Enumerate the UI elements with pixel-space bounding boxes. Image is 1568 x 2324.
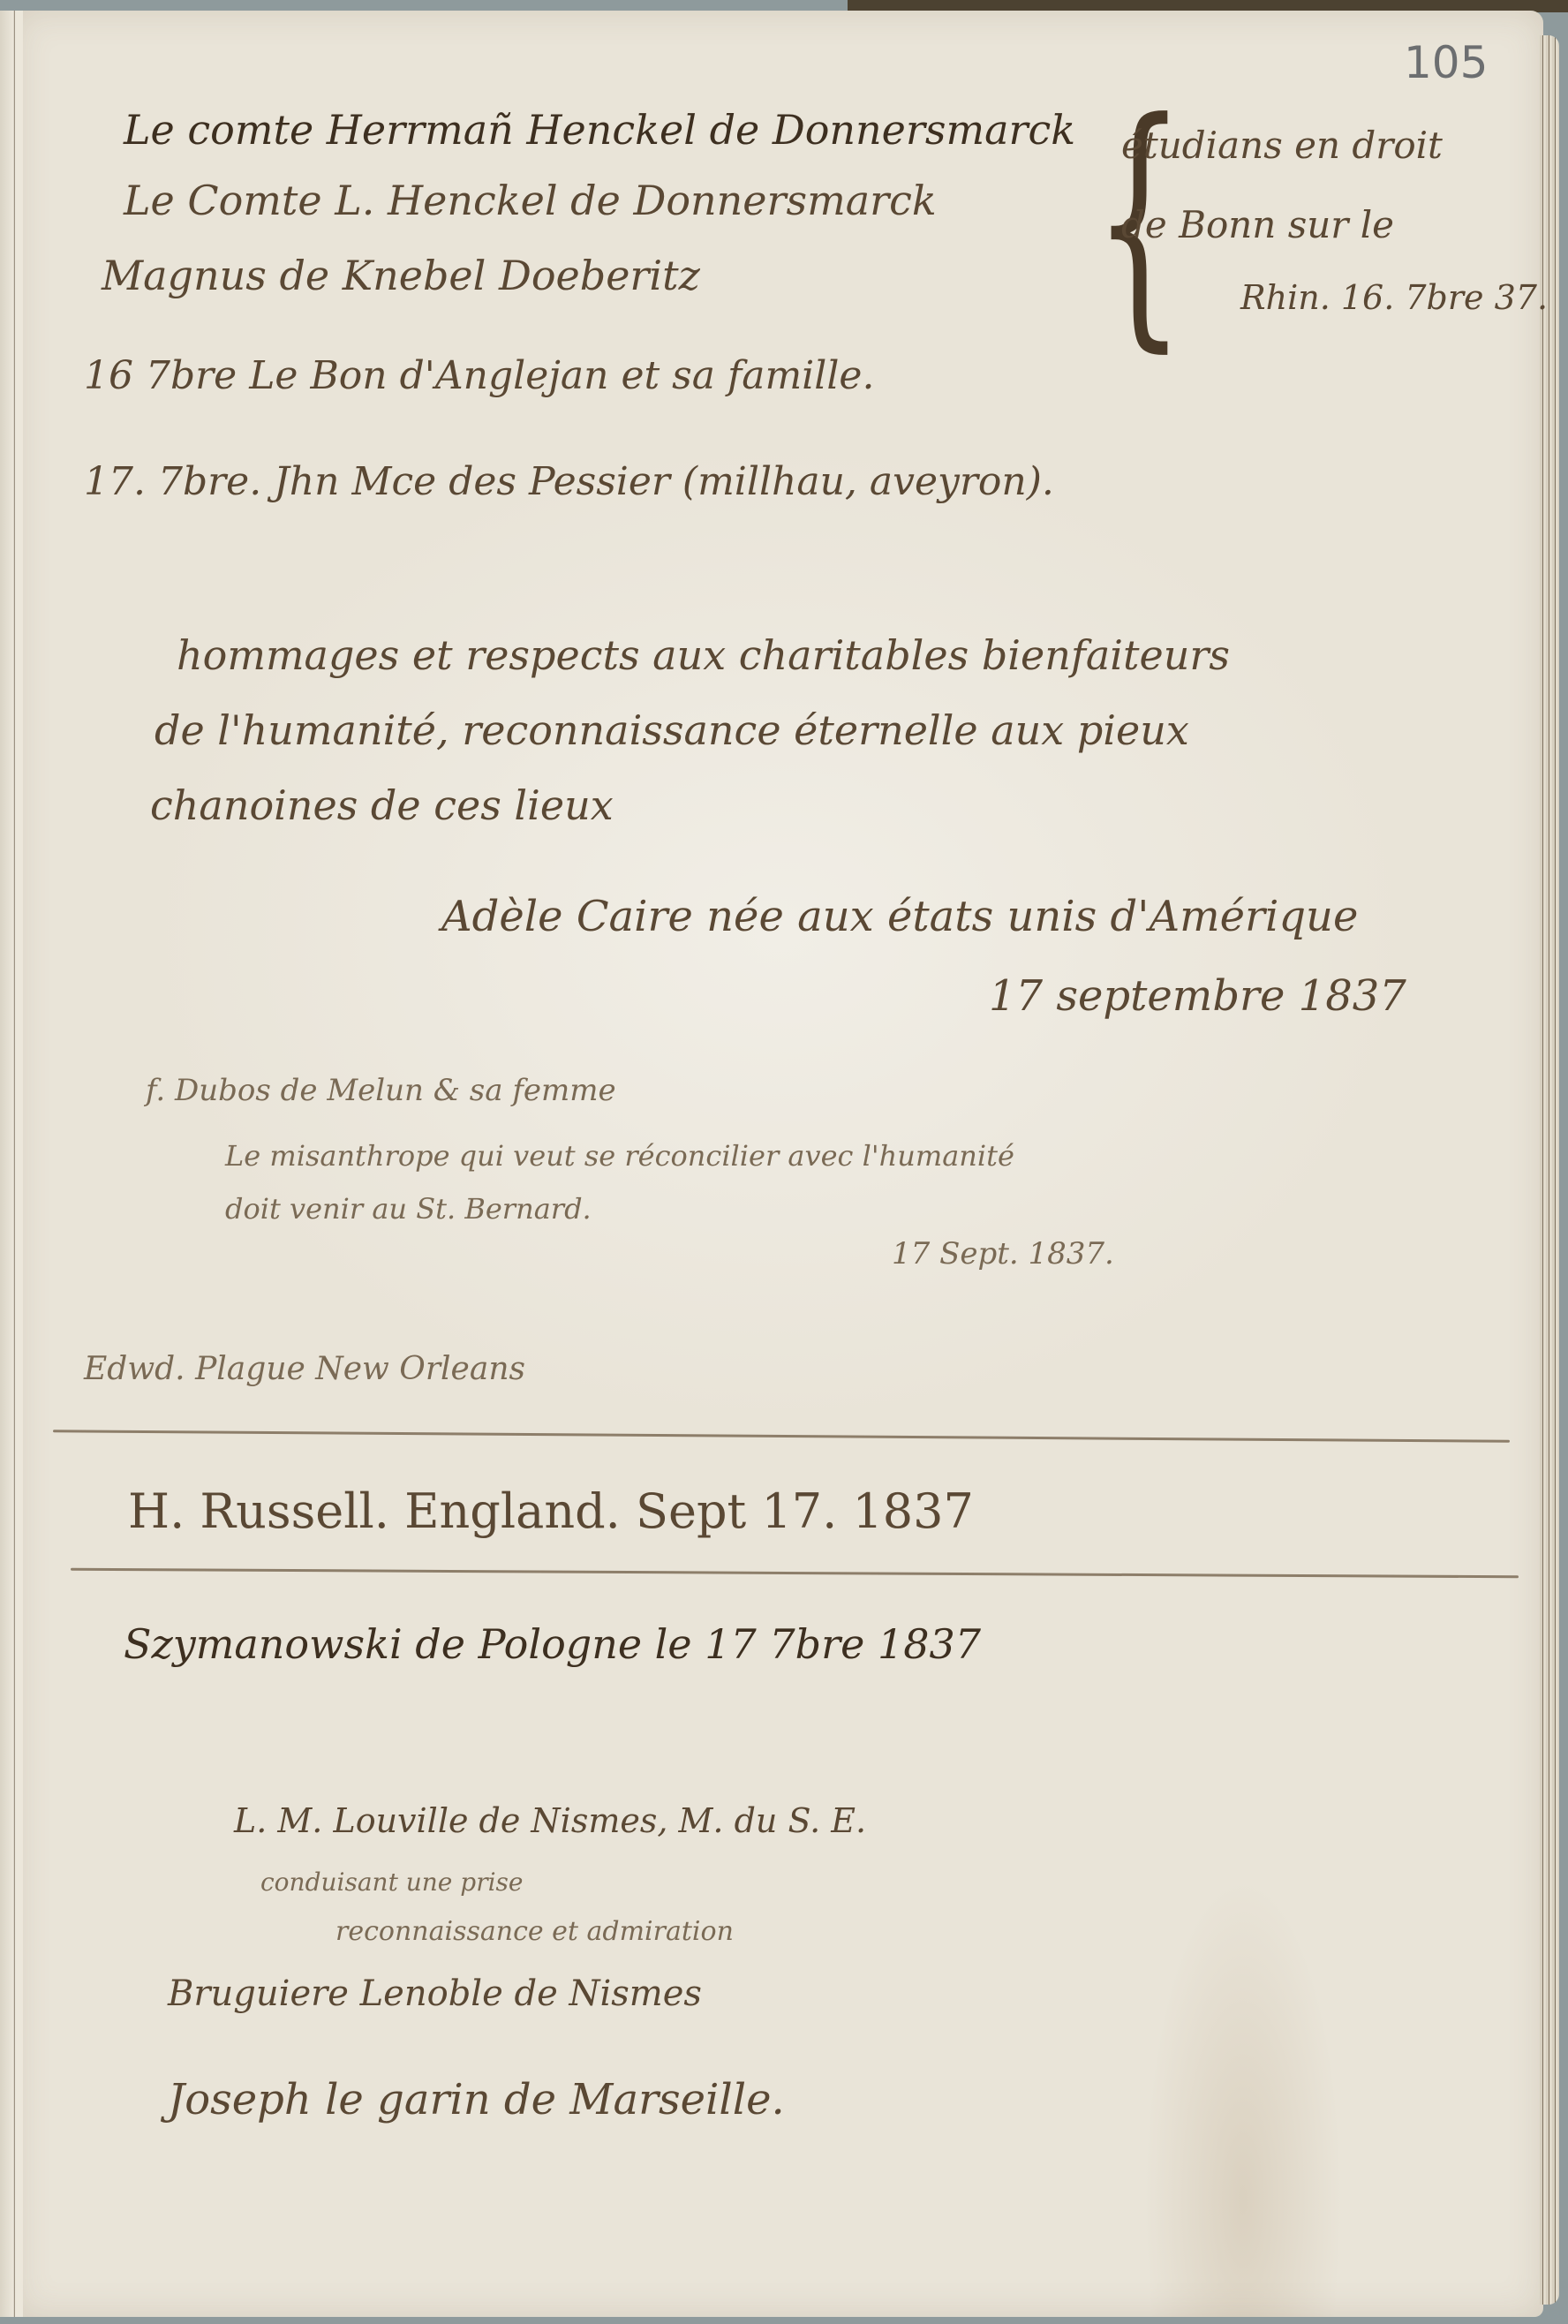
tribute-signature: Adèle Caire née aux états unis d'Amériqu… <box>441 892 1358 941</box>
page-edges <box>1540 35 1559 2305</box>
dubos-line-2: Le misanthrope qui veut se réconcilier a… <box>225 1139 1014 1173</box>
tribute-line-3: chanoines de ces lieux <box>150 781 614 829</box>
entry-name-3: Magnus de Knebel Doeberitz <box>102 252 700 299</box>
entry-szymanowski: Szymanowski de Pologne le 17 7bre 1837 <box>124 1620 981 1668</box>
page-number: 105 <box>1404 37 1488 88</box>
bonn-note-2: de Bonn sur le <box>1121 203 1394 246</box>
tribute-line-1: hommages et respects aux charitables bie… <box>177 631 1230 679</box>
entry-16-sept: 16 7bre Le Bon d'Anglejan et sa famille. <box>84 353 874 398</box>
entry-name-2: Le Comte L. Henckel de Donnersmarck <box>124 177 937 224</box>
entry-name-1: Le comte Herrmañ Henckel de Donnersmarck <box>124 106 1075 154</box>
entry-plague: Edwd. Plague New Orleans <box>84 1351 525 1387</box>
tribute-line-2: de l'humanité, reconnaissance éternelle … <box>155 706 1189 754</box>
louville-line-1: L. M. Louville de Nismes, M. du S. E. <box>234 1801 866 1840</box>
dubos-line-1: f. Dubos de Melun & sa femme <box>146 1073 616 1108</box>
entry-russell: H. Russell. England. Sept 17. 1837 <box>128 1483 974 1539</box>
dubos-date: 17 Sept. 1837. <box>892 1236 1114 1271</box>
bonn-note-1: étudians en droit <box>1121 124 1443 167</box>
entry-marseille: Joseph le garin de Marseille. <box>168 2075 785 2124</box>
louville-line-2: conduisant une prise <box>260 1867 523 1897</box>
bonn-note-3: Rhin. 16. 7bre 37. <box>1240 278 1548 317</box>
entry-bruguiere: Bruguiere Lenoble de Nismes <box>168 1973 702 2014</box>
entry-17-sept: 17. 7bre. Jhn Mce des Pessier (millhau, … <box>84 459 1054 504</box>
dubos-line-3: doit venir au St. Bernard. <box>225 1192 592 1226</box>
louville-line-3: reconnaissance et admiration <box>335 1916 734 1947</box>
book-spine <box>0 11 23 2317</box>
tribute-date: 17 septembre 1837 <box>989 971 1406 1021</box>
